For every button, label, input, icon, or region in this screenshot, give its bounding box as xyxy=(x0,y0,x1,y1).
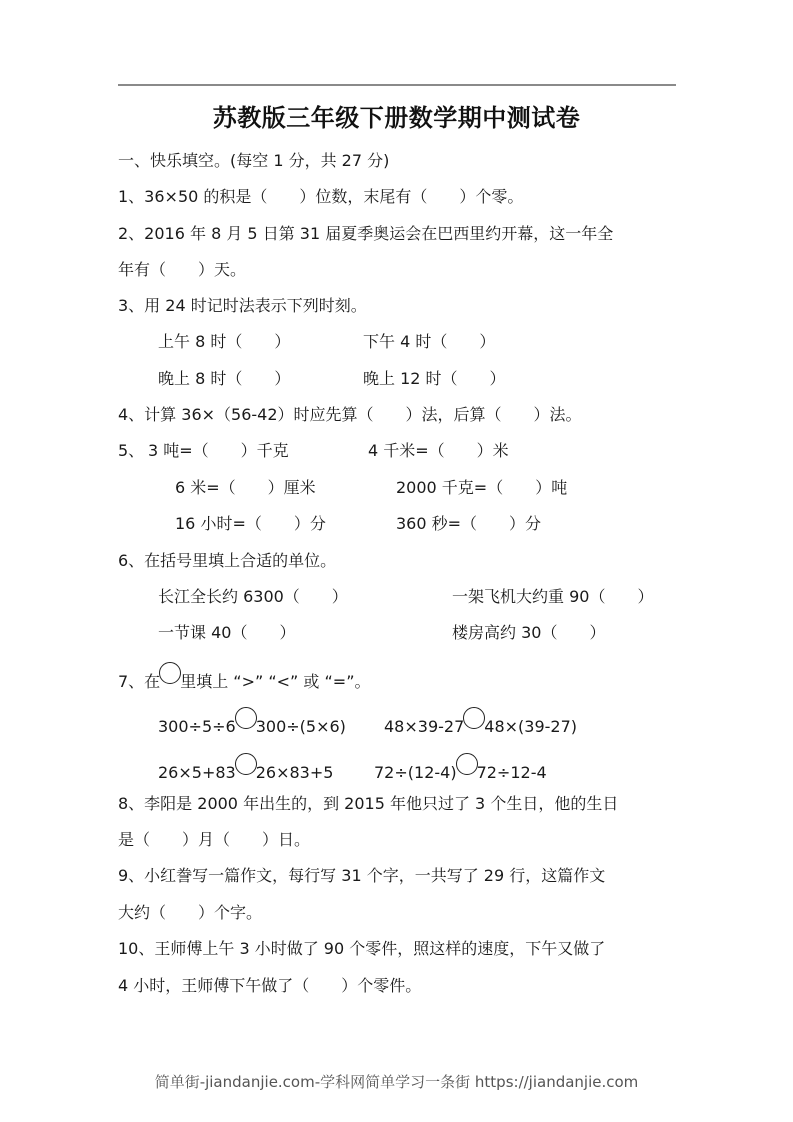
question-4: 4、计算 36×（56-42）时应先算（ ）法，后算（ ）法。 xyxy=(118,405,582,425)
question-3: 3、用 24 时记时法表示下列时刻。 xyxy=(118,296,367,316)
question-5-item: 16 小时=（ ）分 xyxy=(175,514,326,534)
compare-right: 48×(39-27) xyxy=(484,717,577,736)
question-6-item: 长江全长约 6300（ ） xyxy=(158,587,348,607)
question-8-line-2: 是（ ）月（ ）日。 xyxy=(118,830,310,850)
question-3-item: 上午 8 时（ ） xyxy=(158,332,290,352)
compare-circle-input[interactable] xyxy=(235,753,257,775)
compare-left: 72÷(12-4) xyxy=(374,763,457,782)
compare-circle-input[interactable] xyxy=(235,707,257,729)
circle-icon xyxy=(159,662,181,684)
compare-right: 300÷(5×6) xyxy=(256,717,346,736)
compare-item-4: 72÷(12-4)72÷12-4 xyxy=(374,759,547,783)
compare-item-3: 26×5+8326×83+5 xyxy=(158,759,333,783)
question-10-line-2: 4 小时，王师傅下午做了（ ）个零件。 xyxy=(118,976,421,996)
compare-left: 300÷5÷6 xyxy=(158,717,236,736)
question-7-suffix: 里填上 “>” “<” 或 “=”。 xyxy=(180,672,370,691)
compare-left: 26×5+83 xyxy=(158,763,236,782)
compare-circle-input[interactable] xyxy=(463,707,485,729)
question-1: 1、36×50 的积是（ ）位数，末尾有（ ）个零。 xyxy=(118,187,523,207)
question-3-item: 晚上 12 时（ ） xyxy=(363,369,506,389)
page-title: 苏教版三年级下册数学期中测试卷 xyxy=(0,98,793,133)
footer-watermark: 简单街-jiandanjie.com-学科网简单学习一条街 https://ji… xyxy=(0,1071,793,1092)
question-7: 7、在里填上 “>” “<” 或 “=”。 xyxy=(118,668,371,692)
section-heading: 一、快乐填空。(每空 1 分，共 27 分) xyxy=(118,151,389,171)
question-6-item: 一架飞机大约重 90（ ） xyxy=(452,587,653,607)
question-5-item: 2000 千克=（ ）吨 xyxy=(396,478,567,498)
compare-right: 72÷12-4 xyxy=(477,763,547,782)
question-5-item: 4 千米=（ ）米 xyxy=(368,441,509,461)
question-9-line-1: 9、小红誊写一篇作文，每行写 31 个字，一共写了 29 行，这篇作文 xyxy=(118,866,605,886)
question-2-line-2: 年有（ ）天。 xyxy=(118,260,246,280)
header-rule xyxy=(118,84,676,86)
question-5-prefix: 5、 xyxy=(118,441,144,461)
compare-right: 26×83+5 xyxy=(256,763,334,782)
question-9-line-2: 大约（ ）个字。 xyxy=(118,903,262,923)
compare-item-1: 300÷5÷6300÷(5×6) xyxy=(158,713,346,737)
question-7-prefix: 7、在 xyxy=(118,672,160,691)
compare-item-2: 48×39-2748×(39-27) xyxy=(384,713,577,737)
question-8-line-1: 8、李阳是 2000 年出生的，到 2015 年他只过了 3 个生日，他的生日 xyxy=(118,794,618,814)
question-5-item: 360 秒=（ ）分 xyxy=(396,514,541,534)
compare-circle-input[interactable] xyxy=(456,753,478,775)
question-10-line-1: 10、王师傅上午 3 小时做了 90 个零件，照这样的速度，下午又做了 xyxy=(118,939,605,959)
question-3-item: 下午 4 时（ ） xyxy=(363,332,495,352)
question-5-item: 3 吨=（ ）千克 xyxy=(148,441,289,461)
question-6: 6、在括号里填上合适的单位。 xyxy=(118,551,336,571)
question-2-line-1: 2、2016 年 8 月 5 日第 31 届夏季奥运会在巴西里约开幕，这一年全 xyxy=(118,224,613,244)
question-6-item: 楼房高约 30（ ） xyxy=(452,623,605,643)
question-3-item: 晚上 8 时（ ） xyxy=(158,369,290,389)
question-6-item: 一节课 40（ ） xyxy=(158,623,295,643)
question-5-item: 6 米=（ ）厘米 xyxy=(175,478,316,498)
compare-left: 48×39-27 xyxy=(384,717,464,736)
